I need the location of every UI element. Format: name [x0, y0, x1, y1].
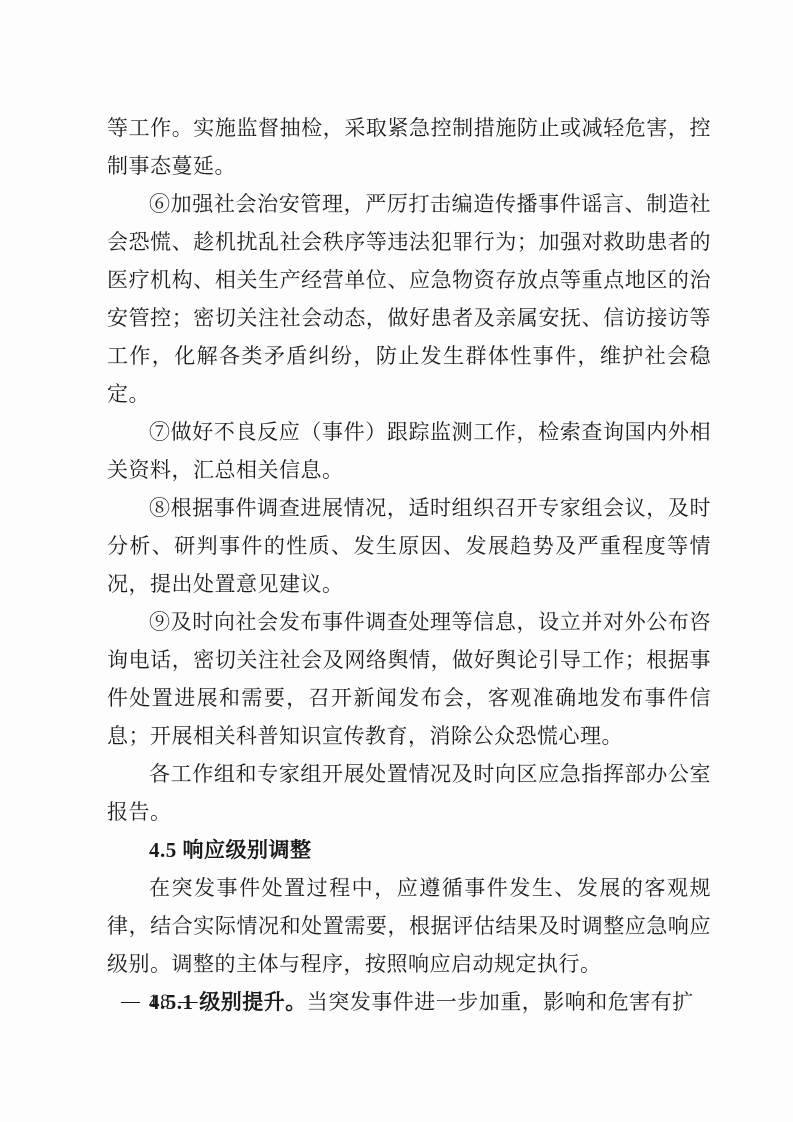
paragraph-item-8: ⑧根据事件调查进展情况，适时组织召开专家组会议，及时分析、研判事件的性质、发生原…: [107, 489, 711, 603]
paragraph-continuation: 等工作。实施监督抽检，采取紧急控制措施防止或减轻危害，控制事态蔓延。: [107, 109, 711, 185]
document-page: 等工作。实施监督抽检，采取紧急控制措施防止或减轻危害，控制事态蔓延。 ⑥加强社会…: [0, 0, 793, 1122]
section-heading-4-5: 4.5 响应级别调整: [107, 831, 711, 869]
paragraph-item-6: ⑥加强社会治安管理，严厉打击编造传播事件谣言、制造社会恐慌、趁机扰乱社会秩序等违…: [107, 185, 711, 413]
paragraph-report: 各工作组和专家组开展处置情况及时向区应急指挥部办公室报告。: [107, 755, 711, 831]
paragraph-item-7: ⑦做好不良反应（事件）跟踪监测工作，检索查询国内外相关资料，汇总相关信息。: [107, 413, 711, 489]
paragraph-item-9: ⑨及时向社会发布事件调查处理等信息，设立并对外公布咨询电话，密切关注社会及网络舆…: [107, 603, 711, 755]
page-body-text: 等工作。实施监督抽检，采取紧急控制措施防止或减轻危害，控制事态蔓延。 ⑥加强社会…: [107, 109, 711, 1021]
subsection-text-4-5-1: 当突发事件进一步加重，影响和危害有扩: [307, 990, 694, 1014]
paragraph-level-adjustment: 在突发事件处置过程中，应遵循事件发生、发展的客观规律，结合实际情况和处置需要，根…: [107, 869, 711, 983]
page-number: — 18 —: [121, 991, 200, 1013]
